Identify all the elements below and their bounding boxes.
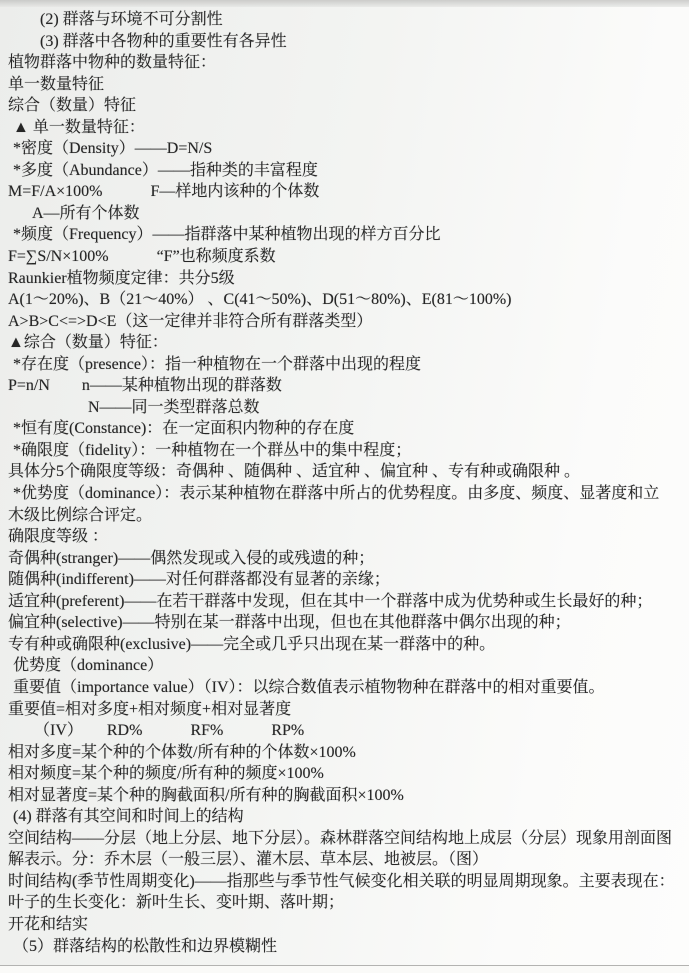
- text-line: *密度（Density）——D=N/S: [8, 138, 683, 160]
- text-line: A(1～20%)、B（21～40%） 、C(41～50%)、D(51～80%)、…: [8, 289, 683, 311]
- text-line: （IV） RD% RF% RP%: [8, 720, 683, 742]
- text-line: 专有种或确限种(exclusive)——完全或几乎只出现在某一群落中的种。: [8, 634, 683, 656]
- document-page: (2) 群落与环境不可分割性(3) 群落中各物种的重要性有各异性植物群落中物种的…: [0, 0, 689, 973]
- text-line: ▲综合（数量）特征：: [8, 332, 683, 354]
- text-line: *优势度（dominance）：表示某种植物在群落中所占的优势程度。由多度、频度…: [8, 483, 683, 505]
- text-line: 综合（数量）特征: [8, 95, 683, 117]
- text-line: 偏宜种(selective)——特别在某一群落中出现，但也在其他群落中偶尔出现的…: [8, 612, 683, 634]
- text-line: 相对多度=某个种的个体数/所有种的个体数×100%: [8, 742, 683, 764]
- text-line: F=∑S/N×100% “F”也称频度系数: [8, 246, 683, 268]
- text-line: Raunkier植物频度定律：共分5级: [8, 268, 683, 290]
- text-line: *确限度（fidelity）：一种植物在一个群丛中的集中程度；: [8, 440, 683, 462]
- text-line: 相对显著度=某个种的胸截面积/所有种的胸截面积×100%: [8, 785, 683, 807]
- text-line: 适宜种(preferent)——在若干群落中发现，但在其中一个群落中成为优势种或…: [8, 591, 683, 613]
- text-line: 植物群落中物种的数量特征：: [8, 52, 683, 74]
- text-line: 优势度（dominance）: [8, 655, 683, 677]
- text-line: *频度（Frequency）——指群落中某种植物出现的样方百分比: [8, 224, 683, 246]
- text-line: (3) 群落中各物种的重要性有各异性: [8, 31, 683, 53]
- text-line: 解表示。分：乔木层（一般三层）、灌木层、草本层、地被层。（图）: [8, 849, 683, 871]
- text-line: 单一数量特征: [8, 74, 683, 96]
- text-line: (4) 群落有其空间和时间上的结构: [8, 806, 683, 828]
- text-line: 相对频度=某个种的频度/所有种的频度×100%: [8, 763, 683, 785]
- text-line: A—所有个体数: [8, 203, 683, 225]
- text-line: 奇偶种(stranger)——偶然发现或入侵的或残遗的种；: [8, 548, 683, 570]
- text-line: （5）群落结构的松散性和边界模糊性: [8, 936, 683, 958]
- text-line: 具体分5个确限度等级：奇偶种 、随偶种 、适宜种 、偏宜种 、专有种或确限种 。: [8, 461, 683, 483]
- text-line: A>B>C<=>D<E（这一定律并非符合所有群落类型）: [8, 311, 683, 333]
- text-line: 随偶种(indifferent)——对任何群落都没有显著的亲缘；: [8, 569, 683, 591]
- text-line: 时间结构(季节性周期变化)——指那些与季节性气候变化相关联的明显周期现象。主要表…: [8, 871, 683, 893]
- text-line: (2) 群落与环境不可分割性: [8, 9, 683, 31]
- text-line: P=n/N n——某种植物出现的群落数: [8, 375, 683, 397]
- text-line: 空间结构——分层（地上分层、地下分层）。森林群落空间结构地上成层（分层）现象用剖…: [8, 828, 683, 850]
- text-line: N——同一类型群落总数: [8, 397, 683, 419]
- text-line: 木级比例综合评定。: [8, 505, 683, 527]
- text-line: *多度（Abundance）——指种类的丰富程度: [8, 160, 683, 182]
- text-line: M=F/A×100% F—样地内该种的个体数: [8, 181, 683, 203]
- text-line: 重要值（importance value）（IV）：以综合数值表示植物物种在群落…: [8, 677, 683, 699]
- text-line: ▲ 单一数量特征：: [8, 117, 683, 139]
- text-line: 叶子的生长变化：新叶生长、变叶期、落叶期；: [8, 892, 683, 914]
- text-line: *存在度（presence）：指一种植物在一个群落中出现的程度: [8, 354, 683, 376]
- scan-top-edge: [0, 0, 689, 7]
- text-line: 重要值=相对多度+相对频度+相对显著度: [8, 699, 683, 721]
- scan-bottom-edge: [0, 966, 689, 973]
- text-line: 确限度等级 ：: [8, 526, 683, 548]
- text-line: 开花和结实: [8, 914, 683, 936]
- text-line: *恒有度(Constance)：在一定面积内物种的存在度: [8, 418, 683, 440]
- document-body: (2) 群落与环境不可分割性(3) 群落中各物种的重要性有各异性植物群落中物种的…: [8, 9, 683, 957]
